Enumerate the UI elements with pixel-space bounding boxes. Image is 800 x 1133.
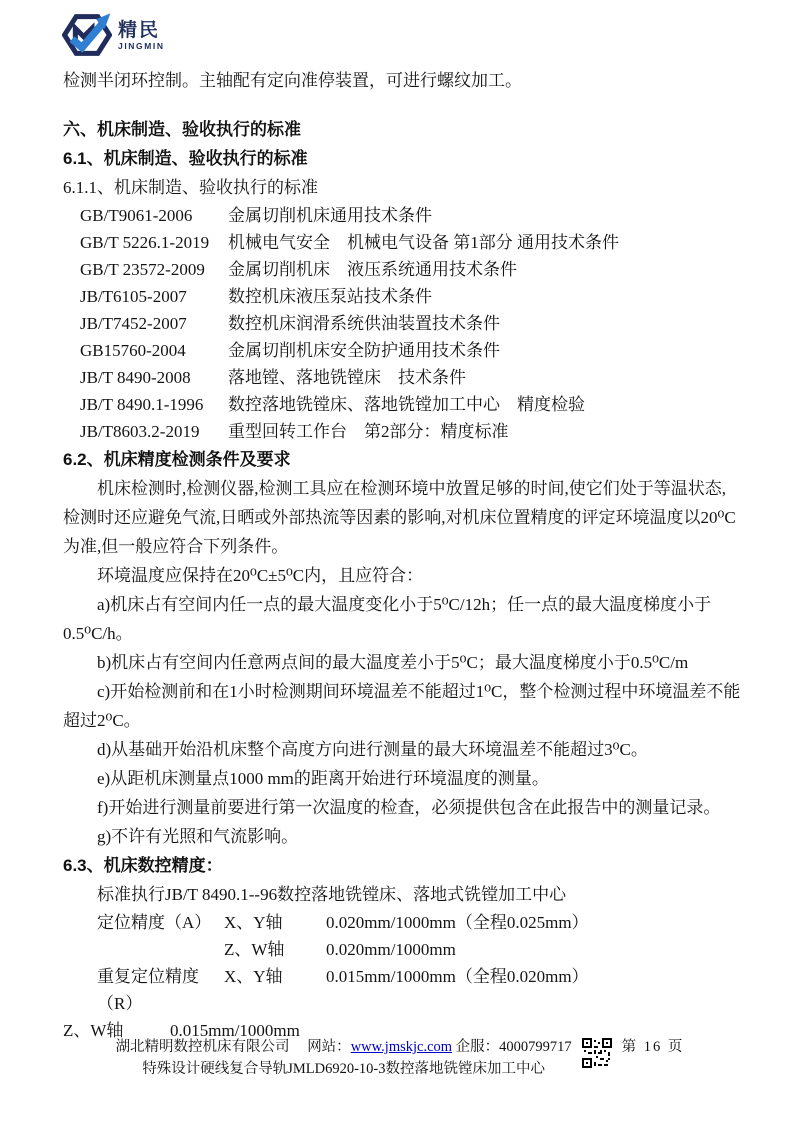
logo-text-cn: 精民 [118,21,165,40]
standard-desc: 金属切削机床安全防护通用技术条件 [228,337,741,364]
standard-row: JB/T 8490-2008落地镗、落地铣镗床 技术条件 [63,364,741,391]
standard-desc: 机械电气安全 机械电气设备 第1部分 通用技术条件 [228,229,741,256]
precision-axis: X、Y轴 [224,909,326,936]
standard-code: GB/T 23572-2009 [63,256,228,283]
precision-row: 定位精度（A） X、Y轴 0.020mm/1000mm（全程0.025mm） [63,909,741,936]
section-6-2-title: 6.2、机床精度检测条件及要求 [63,445,741,474]
standard-code: JB/T6105-2007 [63,283,228,310]
footer-text-block: 湖北精明数控机床有限公司 网站：www.jmskjc.com 企服：400079… [116,1036,572,1080]
standard-row: GB15760-2004金属切削机床安全防护通用技术条件 [63,337,741,364]
qr-code [582,1038,612,1068]
standard-desc: 数控机床液压泵站技术条件 [228,283,741,310]
standard-row: JB/T7452-2007数控机床润滑系统供油装置技术条件 [63,310,741,337]
intro-paragraph: 检测半闭环控制。主轴配有定向准停装置，可进行螺纹加工。 [63,66,741,95]
condition-item-e: e)从距机床测量点1000 mm的距离开始进行环境温度的测量。 [63,764,741,793]
condition-item-b: b)机床占有空间内任意两点间的最大温度差小于5⁰C；最大温度梯度小于0.5⁰C/… [63,648,741,677]
precision-row: Z、W轴 0.020mm/1000mm [63,936,741,963]
standard-code: GB/T9061-2006 [63,202,228,229]
precision-value: 0.020mm/1000mm（全程0.025mm） [326,909,741,936]
precision-table: 定位精度（A） X、Y轴 0.020mm/1000mm（全程0.025mm） Z… [63,909,741,1017]
footer-subtitle: 特殊设计硬线复合导轨JMLD6920-10-3数控落地铣镗床加工中心 [116,1058,572,1080]
env-temperature-line: 环境温度应保持在20⁰C±5⁰C内，且应符合： [63,561,741,590]
footer-company: 湖北精明数控机床有限公司 [116,1039,290,1055]
precision-value: 0.015mm/1000mm（全程0.020mm） [326,963,741,1017]
standard-row: JB/T6105-2007数控机床液压泵站技术条件 [63,283,741,310]
standards-list: GB/T9061-2006金属切削机床通用技术条件 GB/T 5226.1-20… [63,202,741,445]
precision-axis: X、Y轴 [224,963,326,1017]
footer-company-line: 湖北精明数控机床有限公司 网站：www.jmskjc.com 企服：400079… [116,1036,572,1058]
condition-item-g: g)不许有光照和气流影响。 [63,822,741,851]
condition-item-d: d)从基础开始沿机床整个高度方向进行测量的最大环境温差不能超过3⁰C。 [63,735,741,764]
standard-desc: 数控落地铣镗床、落地铣镗加工中心 精度检验 [228,391,741,418]
condition-item-c: c)开始检测前和在1小时检测期间环境温差不能超过1⁰C，整个检测过程中环境温差不… [63,677,741,735]
standard-row: GB/T 23572-2009金属切削机床 液压系统通用技术条件 [63,256,741,283]
footer-website-label: 网站： [307,1039,351,1055]
precision-value: 0.020mm/1000mm [326,936,741,963]
standard-code: GB15760-2004 [63,337,228,364]
precision-label [63,936,224,963]
document-page: 精民 JINGMIN 检测半闭环控制。主轴配有定向准停装置，可进行螺纹加工。 六… [0,0,800,1133]
section-6-1-1-title: 6.1.1、机床制造、验收执行的标准 [63,173,741,202]
footer-service-phone: 4000799717 [499,1039,572,1055]
logo-text-en: JINGMIN [118,42,165,51]
standard-desc: 数控机床润滑系统供油装置技术条件 [228,310,741,337]
condition-item-f: f)开始进行测量前要进行第一次温度的检查，必须提供包含在此报告中的测量记录。 [63,793,741,822]
standard-row: JB/T 8490.1-1996数控落地铣镗床、落地铣镗加工中心 精度检验 [63,391,741,418]
standard-row: JB/T8603.2-2019重型回转工作台 第2部分：精度标准 [63,418,741,445]
standard-code: JB/T7452-2007 [63,310,228,337]
precision-axis: Z、W轴 [224,936,326,963]
section-6-1-title: 6.1、机床制造、验收执行的标准 [63,144,741,173]
precision-standard-line: 标准执行JB/T 8490.1--96数控落地铣镗床、落地式铣镗加工中心 [63,880,741,909]
standard-code: JB/T 8490-2008 [63,364,228,391]
section-6-2-intro: 机床检测时,检测仪器,检测工具应在检测环境中放置足够的时间,使它们处于等温状态,… [63,474,741,561]
standard-code: JB/T8603.2-2019 [63,418,228,445]
logo-text: 精民 JINGMIN [118,21,165,51]
standard-desc: 金属切削机床通用技术条件 [228,202,741,229]
standard-row: GB/T9061-2006金属切削机床通用技术条件 [63,202,741,229]
standard-code: JB/T 8490.1-1996 [63,391,228,418]
precision-label: 重复定位精度（R） [63,963,224,1017]
precision-row: 重复定位精度（R） X、Y轴 0.015mm/1000mm（全程0.020mm） [63,963,741,1017]
section-6-3-title: 6.3、机床数控精度： [63,851,741,880]
precision-label: 定位精度（A） [63,909,224,936]
document-body: 检测半闭环控制。主轴配有定向准停装置，可进行螺纹加工。 六、机床制造、验收执行的… [63,66,741,1044]
standard-desc: 重型回转工作台 第2部分：精度标准 [228,418,741,445]
footer-website-link[interactable]: www.jmskjc.com [351,1039,452,1055]
standard-row: GB/T 5226.1-2019机械电气安全 机械电气设备 第1部分 通用技术条… [63,229,741,256]
logo-hexagon-icon [62,13,112,57]
standard-desc: 落地镗、落地铣镗床 技术条件 [228,364,741,391]
logo: 精民 JINGMIN [62,13,165,57]
standard-desc: 金属切削机床 液压系统通用技术条件 [228,256,741,283]
footer-service-label: 企服： [456,1039,500,1055]
condition-item-a: a)机床占有空间内任一点的最大温度变化小于5⁰C/12h；任一点的最大温度梯度小… [63,590,741,648]
page-number: 第 16 页 [622,1036,685,1058]
page-footer: 湖北精明数控机床有限公司 网站：www.jmskjc.com 企服：400079… [0,1036,800,1080]
standard-code: GB/T 5226.1-2019 [63,229,228,256]
section-6-title: 六、机床制造、验收执行的标准 [63,115,741,144]
